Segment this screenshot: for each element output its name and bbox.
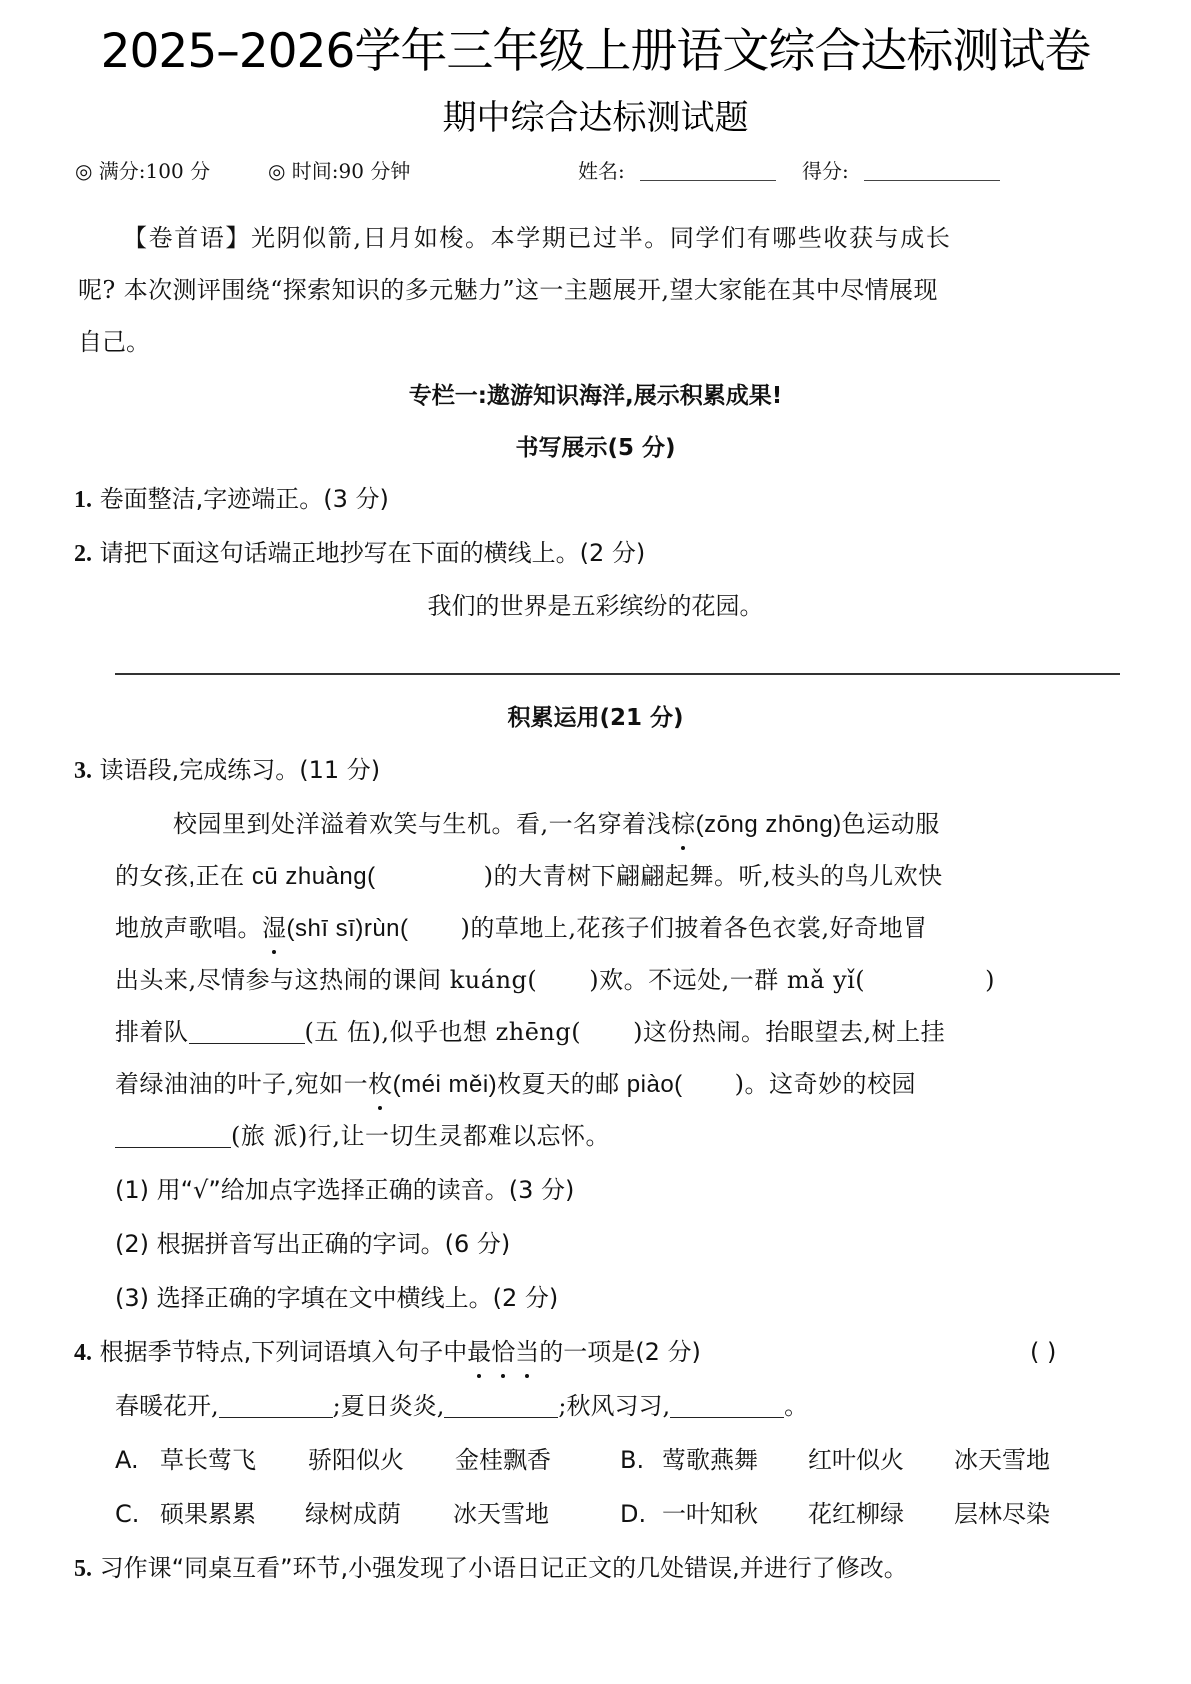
- fill-blank-line[interactable]: [444, 1391, 558, 1418]
- fill-blank-line[interactable]: [115, 1121, 231, 1148]
- preface-line-1: 【卷首语】光阴似箭,日月如梭。本学期已过半。同学们有哪些收获与成长: [123, 220, 1123, 256]
- question-text: 习作课“同桌互看”环节,小强发现了小语日记正文的几处错误,并进行了修改。: [100, 1554, 908, 1582]
- passage-line-4: 出头来,尽情参与这热闹的课间 kuáng()欢。不远处,一群 mǎ yǐ(): [115, 962, 1191, 998]
- question-number: 2.: [74, 541, 92, 567]
- preface-line-3: 自己。: [78, 324, 1191, 360]
- exam-time: ◎ 时间:90 分钟: [268, 156, 410, 186]
- question-text: 读语段,完成练习。(11 分): [100, 756, 381, 784]
- section-accumulation-title: 积累运用(21 分): [0, 700, 1191, 736]
- question-number: 1.: [74, 487, 92, 513]
- fill-blank-line[interactable]: [670, 1391, 784, 1418]
- fill-blank-line[interactable]: [219, 1391, 333, 1418]
- question-number: 5.: [74, 1556, 92, 1582]
- passage-line-6: 着绿油油的叶子,宛如一枚(méi měi)枚夏天的邮 piào()。这奇妙的校园: [115, 1066, 1191, 1103]
- copy-writing-line[interactable]: [115, 673, 1120, 675]
- option-d[interactable]: D. 一叶知秋 花红柳绿 层林尽染: [620, 1496, 1191, 1532]
- score-field[interactable]: [864, 158, 1000, 181]
- question-number: 3.: [74, 758, 92, 784]
- full-score: ◎ 满分:100 分: [75, 156, 210, 186]
- question-5: 5. 习作课“同桌互看”环节,小强发现了小语日记正文的几处错误,并进行了修改。: [74, 1550, 1191, 1587]
- option-b[interactable]: B. 莺歌燕舞 红叶似火 冰天雪地: [620, 1442, 1191, 1478]
- passage-line-5: 排着队(五 伍),似乎也想 zhēng()这份热闹。抬眼望去,树上挂: [115, 1014, 1191, 1050]
- name-label: 姓名:: [578, 156, 625, 186]
- exam-subtitle: 期中综合达标测试题: [0, 96, 1191, 140]
- question-4: 4. 根据季节特点,下列词语填入句子中最恰当的一项是(2 分): [74, 1334, 1191, 1371]
- question-1: 1. 卷面整洁,字迹端正。(3 分): [74, 481, 1191, 518]
- sub-question-3: (3) 选择正确的字填在文中横线上。(2 分): [115, 1280, 1191, 1316]
- name-field[interactable]: [640, 158, 776, 181]
- exam-title: 2025–2026学年三年级上册语文综合达标测试卷: [0, 22, 1191, 82]
- fill-blank-line[interactable]: [189, 1017, 305, 1044]
- passage-line-2: 的女孩,正在 cū zhuàng()的大青树下翩翩起舞。听,枝头的鸟儿欢快: [115, 858, 1191, 895]
- sub-question-2: (2) 根据拼音写出正确的字词。(6 分): [115, 1226, 1191, 1262]
- passage-line-7: (旅 派)行,让一切生灵都难以忘怀。: [115, 1118, 1191, 1154]
- column-one-title: 专栏一:遨游知识海洋,展示积累成果!: [0, 378, 1191, 414]
- question-text: 卷面整洁,字迹端正。(3 分): [100, 485, 389, 513]
- preface-line-2: 呢? 本次测评围绕“探索知识的多元魅力”这一主题展开,望大家能在其中尽情展现: [78, 272, 1138, 308]
- pinyin-choice[interactable]: (zōng zhōng)色运动服: [696, 811, 940, 838]
- passage-line-1: 校园里到处洋溢着欢笑与生机。看,一名穿着浅棕(zōng zhōng)色运动服: [173, 806, 1191, 843]
- pinyin-choice[interactable]: (méi měi)枚夏天的邮 piào(: [393, 1071, 683, 1098]
- question-text: 请把下面这句话端正地抄写在下面的横线上。(2 分): [100, 539, 646, 567]
- copy-sentence: 我们的世界是五彩缤纷的花园。: [0, 588, 1191, 624]
- pinyin-choice[interactable]: (shī sī)rùn(: [287, 915, 409, 942]
- answer-paren[interactable]: ( ): [1030, 1334, 1130, 1370]
- exam-page: 2025–2026学年三年级上册语文综合达标测试卷 期中综合达标测试题 ◎ 满分…: [0, 0, 1191, 1684]
- question-number: 4.: [74, 1340, 92, 1366]
- dotted-char: 枚: [368, 1066, 393, 1102]
- season-sentence: 春暖花开,;夏日炎炎,;秋风习习,。: [115, 1388, 1191, 1424]
- passage-line-3: 地放声歌唱。湿(shī sī)rùn()的草地上,花孩子们披着各色衣裳,好奇地冒: [115, 910, 1191, 947]
- dotted-char: 湿: [262, 910, 287, 946]
- section-writing-title: 书写展示(5 分): [0, 430, 1191, 466]
- exam-info-row: ◎ 满分:100 分 ◎ 时间:90 分钟 姓名: 得分:: [0, 156, 1191, 186]
- dotted-char: 棕: [671, 806, 696, 842]
- sub-question-1: (1) 用“√”给加点字选择正确的读音。(3 分): [115, 1172, 1191, 1208]
- question-2: 2. 请把下面这句话端正地抄写在下面的横线上。(2 分): [74, 535, 1191, 572]
- question-3: 3. 读语段,完成练习。(11 分): [74, 752, 1191, 789]
- question-text: 根据季节特点,下列词语填入句子中最恰当的一项是(2 分): [100, 1338, 701, 1366]
- score-label: 得分:: [802, 156, 849, 186]
